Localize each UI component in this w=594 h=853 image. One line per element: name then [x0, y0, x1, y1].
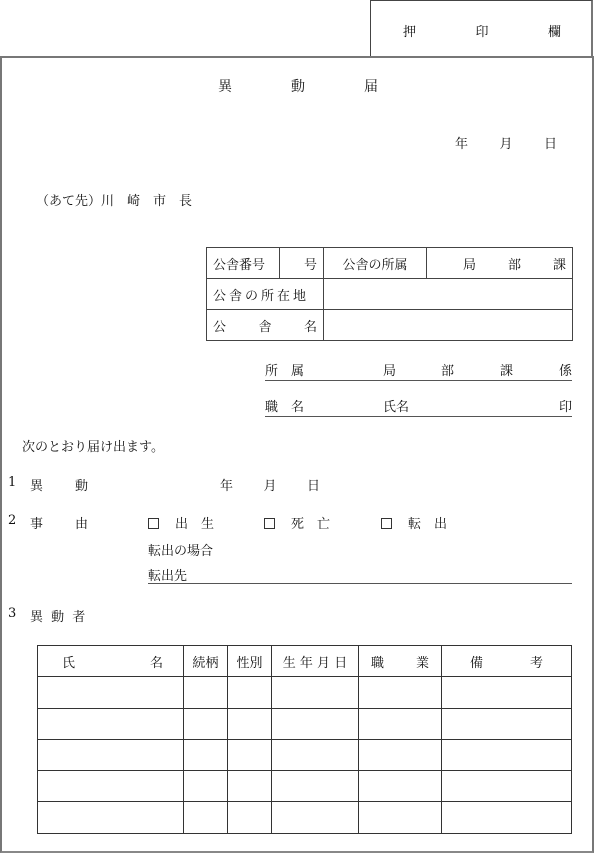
- housing-affiliation-field[interactable]: 局 部 課: [427, 248, 573, 279]
- cell-remarks[interactable]: [442, 739, 572, 770]
- housing-info-table: 公舎番号 号 公舎の所属 局 部 課 公舎の所在地 公 舎 名: [206, 247, 573, 341]
- unit-department: 部: [441, 360, 500, 379]
- cell-relation[interactable]: [184, 802, 228, 833]
- destination-label: 転出先: [148, 569, 187, 584]
- affiliation-label: 所 属: [265, 360, 383, 379]
- label-char: 異: [30, 475, 43, 494]
- cell-remarks[interactable]: [442, 802, 572, 833]
- header-char: 名: [150, 652, 163, 671]
- cell-remarks[interactable]: [442, 708, 572, 739]
- year-label: 年: [220, 475, 233, 494]
- section1-label: 異 動: [30, 475, 88, 494]
- stamp-box: 押 印 欄: [370, 0, 593, 57]
- housing-name-field[interactable]: [324, 310, 573, 341]
- option-label: 出 生: [175, 517, 214, 532]
- cell-relation[interactable]: [184, 739, 228, 770]
- cell-relation[interactable]: [184, 708, 228, 739]
- header-char: 職: [371, 652, 384, 671]
- cell-birthdate[interactable]: [272, 708, 359, 739]
- header-char: 氏: [62, 652, 75, 671]
- title-char: 動: [291, 76, 305, 96]
- number-suffix: 号: [304, 258, 317, 273]
- cell-gender[interactable]: [228, 677, 272, 708]
- col-name: 氏名: [38, 646, 184, 677]
- cell-gender[interactable]: [228, 802, 272, 833]
- col-remarks: 備考: [442, 646, 572, 677]
- cell-name[interactable]: [38, 771, 184, 802]
- col-birthdate: 生 年 月 日: [272, 646, 359, 677]
- destination-line[interactable]: 転出先: [148, 565, 572, 584]
- unit-bureau: 局: [383, 360, 441, 379]
- unit-bureau: 局: [463, 254, 476, 273]
- col-gender: 性別: [228, 646, 272, 677]
- table-row: [38, 739, 572, 770]
- stamp-char: 印: [475, 21, 488, 40]
- cell-gender[interactable]: [228, 708, 272, 739]
- housing-number-field[interactable]: 号: [280, 248, 324, 279]
- cell-occupation[interactable]: [359, 739, 442, 770]
- header-char: 業: [416, 652, 429, 671]
- cell-name[interactable]: [38, 708, 184, 739]
- unit-section: 課: [553, 254, 566, 273]
- table-row: [38, 708, 572, 739]
- form-title: 異 動 届: [218, 76, 378, 96]
- name-label: 氏名: [383, 396, 409, 415]
- cell-birthdate[interactable]: [272, 802, 359, 833]
- label-char: 由: [75, 513, 88, 532]
- cell-birthdate[interactable]: [272, 739, 359, 770]
- header-char: 備: [470, 652, 483, 671]
- col-occupation: 職業: [359, 646, 442, 677]
- unit-section: 課: [500, 360, 559, 379]
- cell-gender[interactable]: [228, 771, 272, 802]
- label-char: 舎: [258, 316, 271, 335]
- col-relation: 続柄: [184, 646, 228, 677]
- cell-birthdate[interactable]: [272, 771, 359, 802]
- section2-number: 2: [8, 513, 16, 528]
- month-label: 月: [263, 475, 276, 494]
- housing-number-label: 公舎番号: [207, 248, 280, 279]
- label-char: 事: [30, 513, 43, 532]
- cell-gender[interactable]: [228, 739, 272, 770]
- cell-birthdate[interactable]: [272, 677, 359, 708]
- checkbox-death[interactable]: [264, 518, 275, 529]
- applicant-affiliation-line[interactable]: 所 属 局 部 課 係: [265, 361, 572, 381]
- reason-transfer-option[interactable]: 転 出: [381, 513, 447, 532]
- header-char: 考: [530, 652, 543, 671]
- checkbox-transfer[interactable]: [381, 518, 392, 529]
- movers-table: 氏名 続柄 性別 生 年 月 日 職業 備考: [37, 645, 572, 834]
- position-label: 職 名: [265, 396, 383, 415]
- table-row: [38, 771, 572, 802]
- section3-number: 3: [8, 606, 16, 621]
- cell-name[interactable]: [38, 802, 184, 833]
- label-char: 名: [304, 316, 317, 335]
- label-char: 公: [213, 316, 226, 335]
- cell-name[interactable]: [38, 677, 184, 708]
- title-char: 異: [218, 76, 232, 96]
- housing-address-field[interactable]: [324, 279, 573, 310]
- intro-text: 次のとおり届け出ます。: [22, 436, 164, 455]
- reason-death-option[interactable]: 死 亡: [264, 513, 330, 532]
- reason-birth-option[interactable]: 出 生: [148, 513, 214, 532]
- cell-name[interactable]: [38, 739, 184, 770]
- month-label: 月: [499, 133, 512, 152]
- cell-occupation[interactable]: [359, 802, 442, 833]
- cell-relation[interactable]: [184, 677, 228, 708]
- year-label: 年: [455, 133, 468, 152]
- table-row: [38, 802, 572, 833]
- stamp-char: 欄: [548, 21, 561, 40]
- submission-date[interactable]: 年 月 日: [455, 133, 557, 152]
- day-label: 日: [307, 475, 320, 494]
- table-header: 氏名 続柄 性別 生 年 月 日 職業 備考: [38, 646, 572, 677]
- housing-name-label: 公 舎 名: [207, 310, 324, 341]
- day-label: 日: [544, 133, 557, 152]
- transfer-case-label: 転出の場合: [148, 540, 213, 559]
- unit-subsection: 係: [559, 360, 572, 379]
- transfer-date[interactable]: 年 月 日: [220, 475, 320, 494]
- unit-department: 部: [508, 254, 521, 273]
- cell-relation[interactable]: [184, 771, 228, 802]
- section2-label: 事 由: [30, 513, 88, 532]
- cell-occupation[interactable]: [359, 708, 442, 739]
- housing-affiliation-label: 公舎の所属: [324, 248, 427, 279]
- addressee: （あて先）川 崎 市 長: [36, 190, 192, 209]
- table-row: [38, 677, 572, 708]
- option-label: 死 亡: [291, 517, 330, 532]
- cell-occupation[interactable]: [359, 771, 442, 802]
- housing-address-label: 公舎の所在地: [207, 279, 324, 310]
- checkbox-birth[interactable]: [148, 518, 159, 529]
- section3-label: 異 動 者: [30, 606, 87, 625]
- label-char: 動: [75, 475, 88, 494]
- seal-mark: 印: [409, 396, 572, 415]
- option-label: 転 出: [408, 517, 447, 532]
- title-char: 届: [364, 76, 378, 96]
- cell-remarks[interactable]: [442, 677, 572, 708]
- cell-occupation[interactable]: [359, 677, 442, 708]
- applicant-position-line[interactable]: 職 名 氏名 印: [265, 397, 572, 417]
- stamp-label: 押 印 欄: [371, 21, 591, 40]
- stamp-char: 押: [403, 21, 416, 40]
- cell-remarks[interactable]: [442, 771, 572, 802]
- section1-number: 1: [8, 475, 16, 490]
